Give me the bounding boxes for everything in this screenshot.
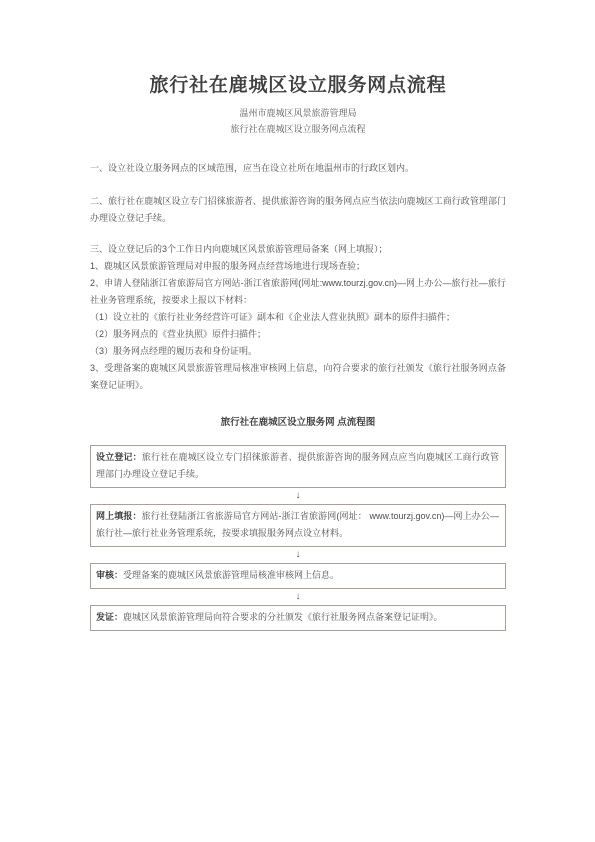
flow-step-certificate-issuance: 发证：鹿城区风景旅游管理局向符合要求的分社颁发《旅行社服务网点备案登记证明》。 — [90, 605, 506, 631]
material-business-license-scan: （2）服务网点的《营业执照》原件扫描件； — [90, 326, 506, 343]
document-page: 旅行社在鹿城区设立服务网点流程 温州市鹿城区风景旅游管理局 旅行社在鹿城区设立服… — [0, 0, 595, 842]
down-arrow-icon: ↓ — [90, 589, 506, 605]
down-arrow-icon: ↓ — [90, 547, 506, 563]
flow-step-establishment-registration: 设立登记：旅行社在鹿城区设立专门招徕旅游者、提供旅游咨询的服务网点应当向鹿城区工… — [90, 445, 506, 488]
paragraph-registration-requirement: 二、旅行社在鹿城区设立专门招徕旅游者、提供旅游咨询的服务网点应当依法向鹿城区工商… — [90, 193, 506, 227]
material-manager-resume: （3）服务网点经理的履历表和身份证明。 — [90, 343, 506, 360]
flow-step-text: 旅行社登陆浙江省旅游局官方网站-浙江省旅游网(网址： www.tourzj.go… — [96, 511, 499, 538]
flow-step-review: 审核：受理备案的鹿城区风景旅游管理局核准审核网上信息。 — [90, 563, 506, 589]
document-title: 旅行社在鹿城区设立服务网点流程 — [90, 74, 506, 98]
flow-step-label: 发证： — [96, 612, 123, 622]
paragraph-filing-procedure: 三、设立登记后的3个工作日内向鹿城区风景旅游管理局备案（网上填报）； 1、鹿城区… — [90, 241, 506, 394]
flow-step-label: 审核： — [96, 570, 123, 580]
flow-step-label: 设立登记： — [96, 452, 142, 462]
document-content: 旅行社在鹿城区设立服务网点流程 温州市鹿城区风景旅游管理局 旅行社在鹿城区设立服… — [90, 74, 506, 631]
flow-step-label: 网上填报： — [96, 511, 142, 521]
document-subtitle-org: 温州市鹿城区风景旅游管理局 — [90, 105, 506, 121]
flow-step-text: 受理备案的鹿城区风景旅游管理局核准审核网上信息。 — [123, 570, 339, 580]
material-license-scan: （1）设立社的《旅行社业务经营许可证》副本和《企业法人营业执照》副本的原件扫描件… — [90, 309, 506, 326]
filing-procedure-head: 三、设立登记后的3个工作日内向鹿城区风景旅游管理局备案（网上填报）； — [90, 241, 506, 258]
down-arrow-icon: ↓ — [90, 488, 506, 504]
filing-step-site-inspection: 1、鹿城区风景旅游管理局对申报的服务网点经营场地进行现场查验； — [90, 258, 506, 275]
flowchart-title: 旅行社在鹿城区设立服务网 点流程图 — [90, 416, 506, 430]
flowchart: 设立登记：旅行社在鹿城区设立专门招徕旅游者、提供旅游咨询的服务网点应当向鹿城区工… — [90, 445, 506, 631]
flow-step-text: 旅行社在鹿城区设立专门招徕旅游者、提供旅游咨询的服务网点应当向鹿城区工商行政管理… — [96, 452, 499, 479]
paragraph-region-scope: 一、设立社设立服务网点的区域范围，应当在设立社所在地温州市的行政区划内。 — [90, 160, 506, 177]
filing-step-certificate-issue: 3、受理备案的鹿城区风景旅游管理局核准审核网上信息，向符合要求的旅行社颁发《旅行… — [90, 360, 506, 394]
flow-step-online-filing: 网上填报：旅行社登陆浙江省旅游局官方网站-浙江省旅游网(网址： www.tour… — [90, 504, 506, 547]
flow-step-text: 鹿城区风景旅游管理局向符合要求的分社颁发《旅行社服务网点备案登记证明》。 — [123, 612, 443, 622]
filing-step-online-submission: 2、申请人登陆浙江省旅游局官方网站-浙江省旅游网(网址:www.tourzj.g… — [90, 275, 506, 309]
document-subtitle-process: 旅行社在鹿城区设立服务网点流程 — [90, 121, 506, 137]
